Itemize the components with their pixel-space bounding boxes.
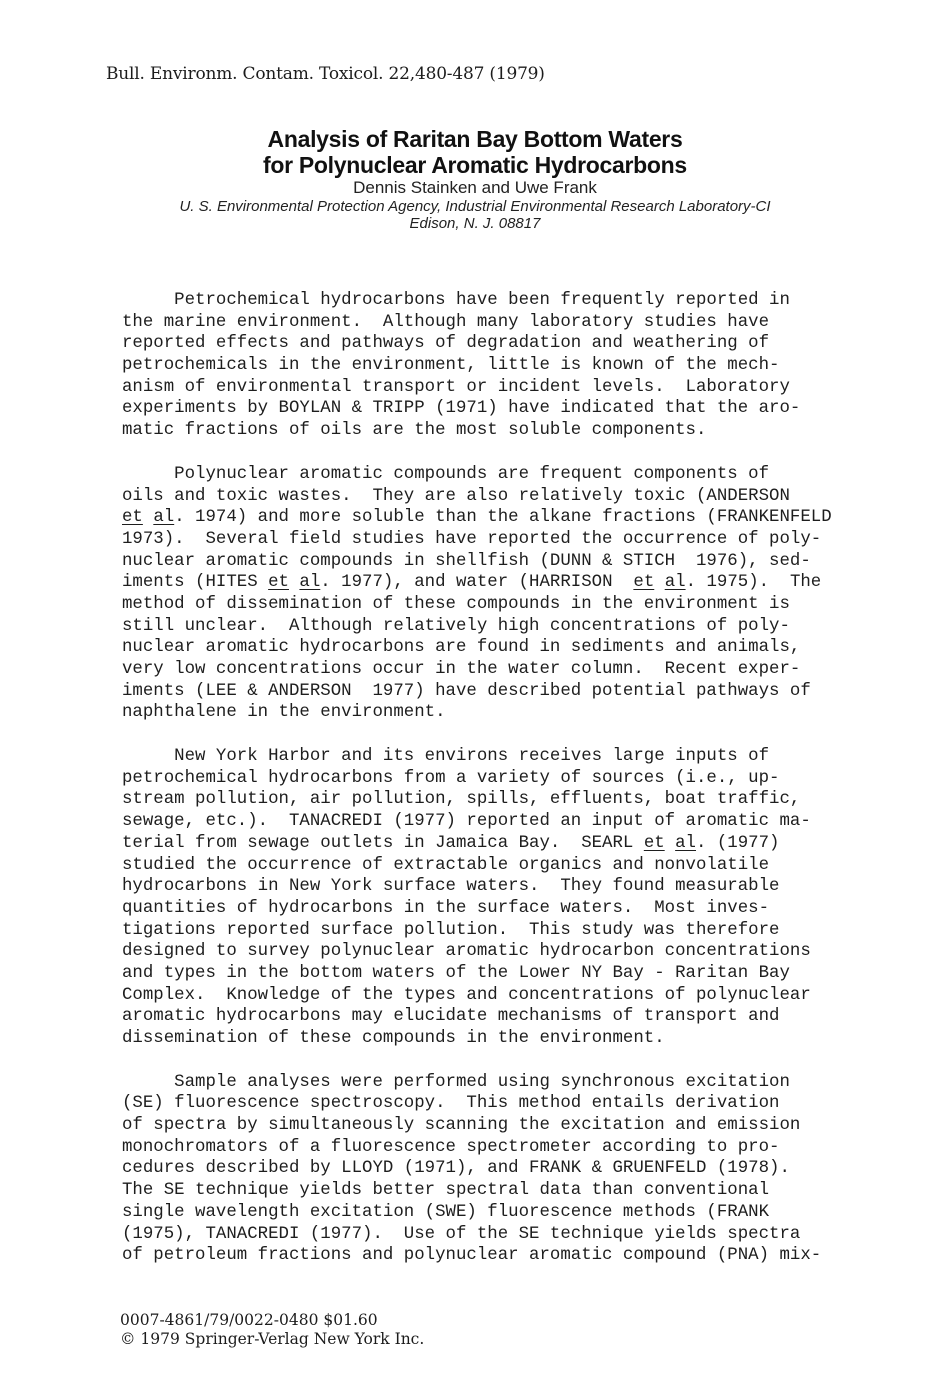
footer: 0007-4861/79/0022-0480 $01.60 © 1979 Spr… <box>120 1311 424 1349</box>
paper-title-line-2: for Polynuclear Aromatic Hydrocarbons <box>100 152 850 178</box>
text-segment: Sample analyses were performed using syn… <box>122 1073 790 1092</box>
paragraph: Petrochemical hydrocarbons have been fre… <box>122 290 862 442</box>
text-segment: cedures described by LLOYD (1971), and F… <box>122 1159 790 1178</box>
affiliation-line-1: U. S. Environmental Protection Agency, I… <box>100 198 850 215</box>
text-line: experiments by BOYLAN & TRIPP (1971) hav… <box>122 398 862 420</box>
paragraph: Polynuclear aromatic compounds are frequ… <box>122 464 862 724</box>
journal-citation: Bull. Environm. Contam. Toxicol. 22,480-… <box>106 64 545 84</box>
text-segment: of petroleum fractions and polynuclear a… <box>122 1246 821 1265</box>
text-segment: naphthalene in the environment. <box>122 703 446 722</box>
text-segment: single wavelength excitation (SWE) fluor… <box>122 1203 769 1222</box>
text-line: Polynuclear aromatic compounds are frequ… <box>122 464 862 486</box>
paragraph: Sample analyses were performed using syn… <box>122 1072 862 1267</box>
text-segment: aromatic hydrocarbons may elucidate mech… <box>122 1007 779 1026</box>
text-line: the marine environment. Although many la… <box>122 312 862 334</box>
text-line: 1973). Several field studies have report… <box>122 529 862 551</box>
text-line: studied the occurrence of extractable or… <box>122 855 862 877</box>
text-segment: Petrochemical hydrocarbons have been fre… <box>122 291 790 310</box>
text-line: Complex. Knowledge of the types and conc… <box>122 985 862 1007</box>
text-line: anism of environmental transport or inci… <box>122 377 862 399</box>
text-segment <box>289 573 299 592</box>
text-segment: . 1977), and water (HARRISON <box>320 573 633 592</box>
text-segment: . 1974) and more soluble than the alkane… <box>174 508 831 527</box>
text-line: naphthalene in the environment. <box>122 702 862 724</box>
text-line: of spectra by simultaneously scanning th… <box>122 1115 862 1137</box>
underlined-text: et <box>633 573 654 592</box>
text-line: iments (HITES et al. 1977), and water (H… <box>122 572 862 594</box>
text-line: still unclear. Although relatively high … <box>122 616 862 638</box>
text-segment: Complex. Knowledge of the types and conc… <box>122 986 811 1005</box>
underlined-text: al <box>665 573 686 592</box>
underlined-text: et <box>268 573 289 592</box>
text-segment: monochromators of a fluorescence spectro… <box>122 1138 779 1157</box>
text-segment: petrochemical hydrocarbons from a variet… <box>122 769 779 788</box>
underlined-text: al <box>675 834 696 853</box>
text-segment: The SE technique yields better spectral … <box>122 1181 769 1200</box>
text-line: tigations reported surface pollution. Th… <box>122 920 862 942</box>
affiliation-line-2: Edison, N. J. 08817 <box>100 215 850 232</box>
text-segment: hydrocarbons in New York surface waters.… <box>122 877 779 896</box>
text-line: reported effects and pathways of degrada… <box>122 333 862 355</box>
text-line: petrochemical hydrocarbons from a variet… <box>122 768 862 790</box>
text-line: (SE) fluorescence spectroscopy. This met… <box>122 1093 862 1115</box>
text-line: dissemination of these compounds in the … <box>122 1028 862 1050</box>
text-segment: of spectra by simultaneously scanning th… <box>122 1116 800 1135</box>
text-line: quantities of hydrocarbons in the surfac… <box>122 898 862 920</box>
text-line: New York Harbor and its environs receive… <box>122 746 862 768</box>
underlined-text: et <box>122 508 143 527</box>
text-segment: (SE) fluorescence spectroscopy. This met… <box>122 1094 779 1113</box>
text-segment: oils and toxic wastes. They are also rel… <box>122 487 790 506</box>
text-segment: 1973). Several field studies have report… <box>122 530 821 549</box>
text-line: cedures described by LLOYD (1971), and F… <box>122 1158 862 1180</box>
text-segment: experiments by BOYLAN & TRIPP (1971) hav… <box>122 399 800 418</box>
text-segment: iments (LEE & ANDERSON 1977) have descri… <box>122 682 811 701</box>
body-text: Petrochemical hydrocarbons have been fre… <box>122 290 862 1289</box>
text-segment: matic fractions of oils are the most sol… <box>122 421 706 440</box>
text-line: et al. 1974) and more soluble than the a… <box>122 507 862 529</box>
text-line: matic fractions of oils are the most sol… <box>122 420 862 442</box>
text-segment: nuclear aromatic hydrocarbons are found … <box>122 638 800 657</box>
text-line: designed to survey polynuclear aromatic … <box>122 941 862 963</box>
text-segment: tigations reported surface pollution. Th… <box>122 921 779 940</box>
text-segment: sewage, etc.). TANACREDI (1977) reported… <box>122 812 811 831</box>
text-line: nuclear aromatic compounds in shellfish … <box>122 551 862 573</box>
text-segment: (1975), TANACREDI (1977). Use of the SE … <box>122 1225 800 1244</box>
text-segment: New York Harbor and its environs receive… <box>122 747 769 766</box>
text-segment: . 1975). The <box>686 573 822 592</box>
text-segment <box>654 573 664 592</box>
text-segment <box>665 834 675 853</box>
underlined-text: et <box>644 834 665 853</box>
text-segment: the marine environment. Although many la… <box>122 313 769 332</box>
text-segment: . (1977) <box>696 834 780 853</box>
text-segment: Polynuclear aromatic compounds are frequ… <box>122 465 769 484</box>
text-segment: nuclear aromatic compounds in shellfish … <box>122 552 811 571</box>
text-segment: designed to survey polynuclear aromatic … <box>122 942 811 961</box>
text-segment: quantities of hydrocarbons in the surfac… <box>122 899 769 918</box>
underlined-text: al <box>299 573 320 592</box>
issn-price-code: 0007-4861/79/0022-0480 $01.60 <box>120 1311 424 1330</box>
title-block: Analysis of Raritan Bay Bottom Waters fo… <box>100 126 850 232</box>
text-line: (1975), TANACREDI (1977). Use of the SE … <box>122 1224 862 1246</box>
paper-title-line-1: Analysis of Raritan Bay Bottom Waters <box>100 126 850 152</box>
text-segment: studied the occurrence of extractable or… <box>122 856 769 875</box>
text-line: monochromators of a fluorescence spectro… <box>122 1137 862 1159</box>
text-line: and types in the bottom waters of the Lo… <box>122 963 862 985</box>
underlined-text: al <box>153 508 174 527</box>
text-segment: dissemination of these compounds in the … <box>122 1029 665 1048</box>
text-line: petrochemicals in the environment, littl… <box>122 355 862 377</box>
text-line: aromatic hydrocarbons may elucidate mech… <box>122 1006 862 1028</box>
text-segment: method of dissemination of these compoun… <box>122 595 790 614</box>
text-segment <box>143 508 153 527</box>
text-line: very low concentrations occur in the wat… <box>122 659 862 681</box>
text-segment: and types in the bottom waters of the Lo… <box>122 964 790 983</box>
text-line: of petroleum fractions and polynuclear a… <box>122 1245 862 1267</box>
text-segment: very low concentrations occur in the wat… <box>122 660 800 679</box>
text-line: hydrocarbons in New York surface waters.… <box>122 876 862 898</box>
text-line: Petrochemical hydrocarbons have been fre… <box>122 290 862 312</box>
text-line: sewage, etc.). TANACREDI (1977) reported… <box>122 811 862 833</box>
text-segment: petrochemicals in the environment, littl… <box>122 356 779 375</box>
text-segment: stream pollution, air pollution, spills,… <box>122 790 800 809</box>
text-segment: terial from sewage outlets in Jamaica Ba… <box>122 834 644 853</box>
text-line: single wavelength excitation (SWE) fluor… <box>122 1202 862 1224</box>
text-line: terial from sewage outlets in Jamaica Ba… <box>122 833 862 855</box>
copyright-notice: © 1979 Springer-Verlag New York Inc. <box>120 1330 424 1349</box>
text-segment: anism of environmental transport or inci… <box>122 378 790 397</box>
text-line: stream pollution, air pollution, spills,… <box>122 789 862 811</box>
text-line: iments (LEE & ANDERSON 1977) have descri… <box>122 681 862 703</box>
text-segment: iments (HITES <box>122 573 268 592</box>
authors: Dennis Stainken and Uwe Frank <box>100 178 850 198</box>
text-line: oils and toxic wastes. They are also rel… <box>122 486 862 508</box>
text-line: The SE technique yields better spectral … <box>122 1180 862 1202</box>
text-line: nuclear aromatic hydrocarbons are found … <box>122 637 862 659</box>
text-line: Sample analyses were performed using syn… <box>122 1072 862 1094</box>
paragraph: New York Harbor and its environs receive… <box>122 746 862 1050</box>
text-segment: still unclear. Although relatively high … <box>122 617 790 636</box>
text-segment: reported effects and pathways of degrada… <box>122 334 769 353</box>
text-line: method of dissemination of these compoun… <box>122 594 862 616</box>
